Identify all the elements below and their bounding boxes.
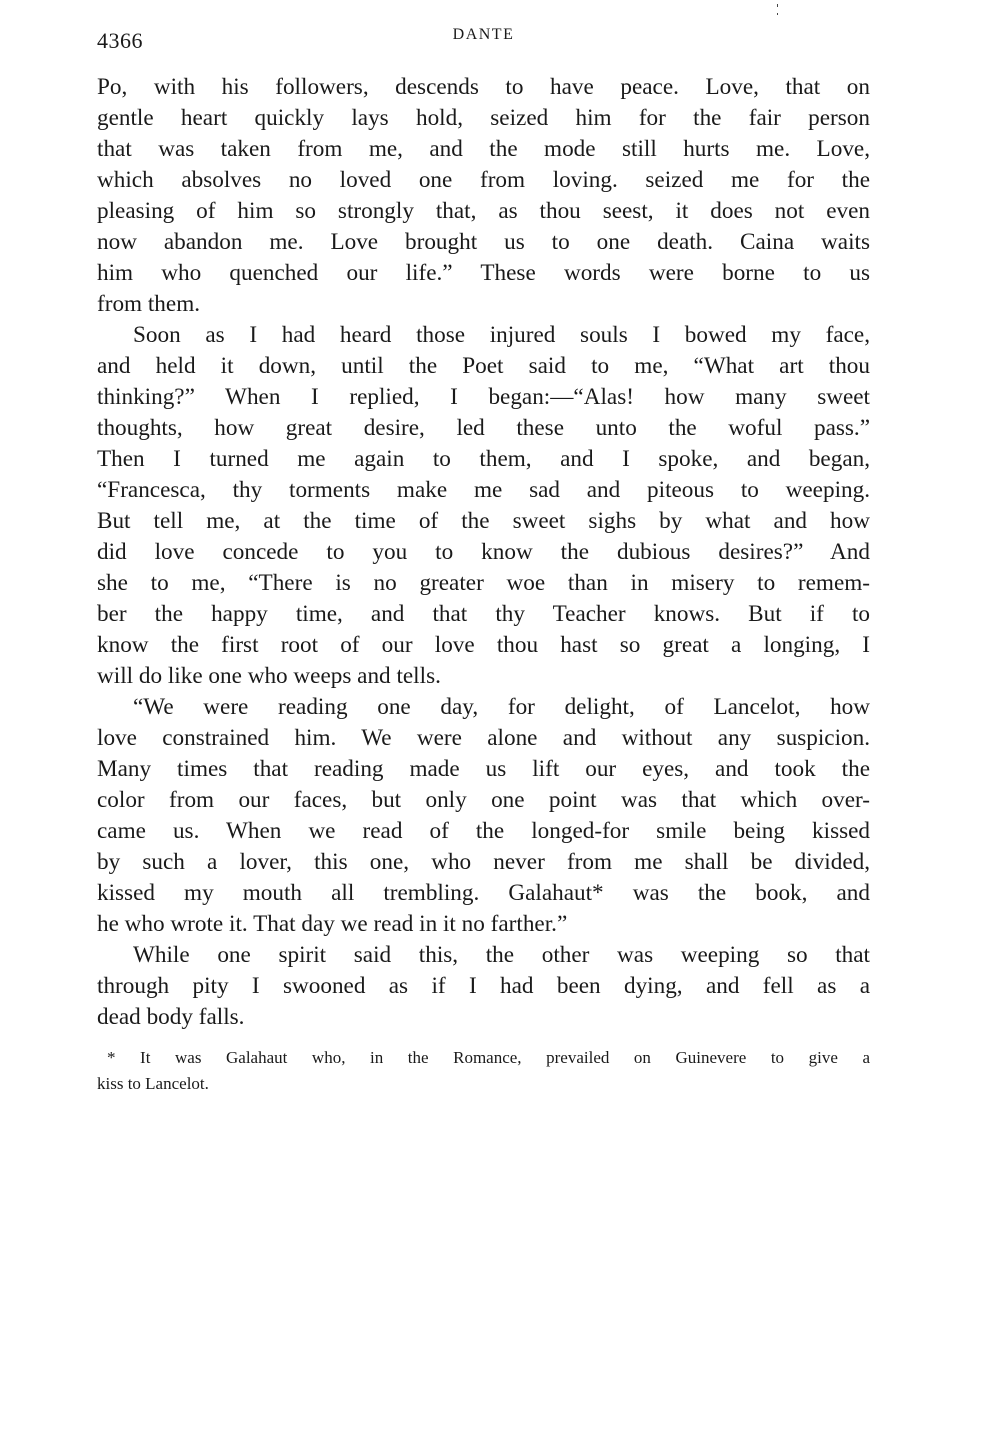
footnote-line: kiss to Lancelot. xyxy=(97,1071,870,1097)
text-line: thoughts, how great desire, led these un… xyxy=(97,413,870,444)
text-line: and held it down, until the Poet said to… xyxy=(97,351,870,382)
book-page: 4366 DANTE Po, with his followers, desce… xyxy=(0,0,1000,1448)
text-line: color from our faces, but only one point… xyxy=(97,785,870,816)
text-line: that was taken from me, and the mode sti… xyxy=(97,134,870,165)
text-line: he who wrote it. That day we read in it … xyxy=(97,909,870,940)
text-line: Soon as I had heard those injured souls … xyxy=(97,320,870,351)
running-head-title: DANTE xyxy=(97,26,870,44)
text-line: Po, with his followers, descends to have… xyxy=(97,72,870,103)
text-line: While one spirit said this, the other wa… xyxy=(97,940,870,971)
text-line: love constrained him. We were alone and … xyxy=(97,723,870,754)
text-line: know the first root of our love thou has… xyxy=(97,630,870,661)
footnote-line: * It was Galahaut who, in the Romance, p… xyxy=(97,1045,870,1071)
paragraph: Soon as I had heard those injured souls … xyxy=(97,320,870,692)
scan-speck xyxy=(777,4,778,7)
text-line: she to me, “There is no greater woe than… xyxy=(97,568,870,599)
text-line: dead body falls. xyxy=(97,1002,870,1033)
scan-speck xyxy=(777,13,778,15)
footnote: * It was Galahaut who, in the Romance, p… xyxy=(97,1045,870,1097)
paragraph: “We were reading one day, for delight, o… xyxy=(97,692,870,940)
text-line: which absolves no loved one from loving.… xyxy=(97,165,870,196)
text-line: Many times that reading made us lift our… xyxy=(97,754,870,785)
text-line: pleasing of him so strongly that, as tho… xyxy=(97,196,870,227)
text-line: “Francesca, thy torments make me sad and… xyxy=(97,475,870,506)
paragraph: Po, with his followers, descends to have… xyxy=(97,72,870,320)
text-line: But tell me, at the time of the sweet si… xyxy=(97,506,870,537)
text-line: “We were reading one day, for delight, o… xyxy=(97,692,870,723)
text-line: will do like one who weeps and tells. xyxy=(97,661,870,692)
text-line: by such a lover, this one, who never fro… xyxy=(97,847,870,878)
text-line: now abandon me. Love brought us to one d… xyxy=(97,227,870,258)
text-line: him who quenched our life.” These words … xyxy=(97,258,870,289)
text-line: through pity I swooned as if I had been … xyxy=(97,971,870,1002)
text-line: came us. When we read of the longed-for … xyxy=(97,816,870,847)
text-line: kissed my mouth all trembling. Galahaut*… xyxy=(97,878,870,909)
text-line: thinking?” When I replied, I began:—“Ala… xyxy=(97,382,870,413)
paragraph: While one spirit said this, the other wa… xyxy=(97,940,870,1033)
running-head: 4366 DANTE xyxy=(97,24,870,54)
text-line: Then I turned me again to them, and I sp… xyxy=(97,444,870,475)
text-line: did love concede to you to know the dubi… xyxy=(97,537,870,568)
body-text: Po, with his followers, descends to have… xyxy=(97,72,870,1033)
text-line: gentle heart quickly lays hold, seized h… xyxy=(97,103,870,134)
text-line: from them. xyxy=(97,289,870,320)
text-line: ber the happy time, and that thy Teacher… xyxy=(97,599,870,630)
